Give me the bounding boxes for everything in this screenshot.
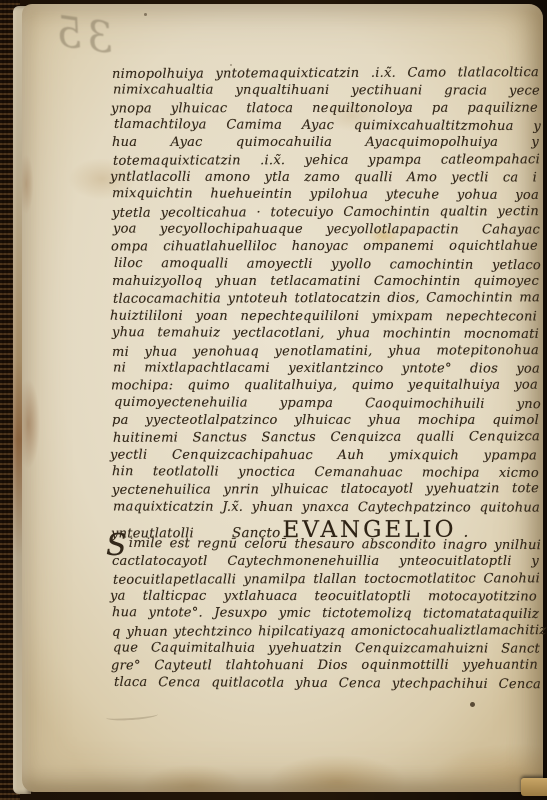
manuscript-line: mi yhua yenohuaq yenotlamatini, yhua mot… bbox=[112, 343, 539, 362]
manuscript-line: hin teotlatolli ynoctica Cemanahuac moch… bbox=[112, 464, 539, 483]
manuscript-line: teocuitlapetlacalli ynamilpa tlallan toc… bbox=[113, 571, 540, 590]
manuscript-page: 35 nimopolhuiya yntotemaquixticatzin .i.… bbox=[22, 4, 543, 792]
manuscript-line: mixquichtin huehueintin ypilohua ytecuhe… bbox=[112, 186, 539, 205]
manuscript-line: yectli Cenquizcachipahuac Auh ymixquich … bbox=[110, 447, 537, 465]
faint-scribble-mark bbox=[106, 710, 158, 722]
manuscript-photo: 35 nimopolhuiya yntotemaquixticatzin .i.… bbox=[0, 0, 547, 800]
manuscript-line: hua Ayac quimocahuilia Ayacquimopolhuiya… bbox=[112, 135, 539, 152]
evangelio-heading-line: ynteutlatolliSanctoEVANGELIO . bbox=[111, 517, 538, 538]
manuscript-line: ni mixtlapachtlacami yexitlantzinco ynto… bbox=[113, 360, 540, 378]
ink-speck bbox=[470, 702, 475, 707]
manuscript-line: quimoyectenehuilia ypampa Caoquimochihui… bbox=[114, 394, 541, 414]
manuscript-line: liloc amoqualli amoyectli yyollo camochi… bbox=[114, 256, 541, 276]
manuscript-line: ompa cihuatlahuelliloc hanoyac ompanemi … bbox=[111, 239, 538, 257]
folio-number-ghost: 35 bbox=[49, 6, 117, 63]
manuscript-line: tlacocamachitia yntoteuh totlatocatzin d… bbox=[113, 291, 540, 310]
manuscript-line: cactlatocayotl Caytechmonenehuillia ynte… bbox=[112, 554, 539, 571]
manuscript-line: Simile est regnū celorū thesauro abscond… bbox=[114, 536, 541, 556]
manuscript-line: yoa yecyollochipahuaque yecyollotlapapac… bbox=[113, 222, 540, 240]
manuscript-line: nimixcahualtia ynqualtihuani yectihuani … bbox=[113, 83, 540, 101]
manuscript-text-block: nimopolhuiya yntotemaquixticatzin .i.x̃.… bbox=[112, 66, 539, 693]
manuscript-line: tlaca Cenca quitlacotla yhua Cenca ytech… bbox=[114, 675, 541, 695]
manuscript-line: yhua temahuiz yectlacotlani, yhua mochin… bbox=[112, 325, 539, 344]
manuscript-line: ytetla yecolticahua · totecuiyo Camochin… bbox=[112, 204, 539, 223]
manuscript-line: huiztililoni yoan nepechtequililoni ymix… bbox=[110, 308, 537, 326]
manuscript-line: que Caquimitalhuia yyehuatzin Cenquizcam… bbox=[113, 640, 540, 658]
manuscript-line: gre° Cayteutl tlahtohuani Dios oquinmott… bbox=[111, 658, 538, 676]
underlying-page-edge bbox=[521, 778, 547, 796]
manuscript-line: yectenehuilica ynrin ylhuicac tlatocayot… bbox=[112, 481, 539, 500]
manuscript-line: mochipa: quimo qualitalhuiya, quimo yequ… bbox=[111, 378, 538, 396]
manuscript-line: ya tlalticpac yxtlahuaca teocuitlatoptli… bbox=[110, 589, 537, 607]
manuscript-line: hua yntote°. Jesuxpo ymic tictotemolizq … bbox=[112, 605, 539, 624]
manuscript-line: nimopolhuiya yntotemaquixticatzin .i.x̃.… bbox=[112, 65, 539, 84]
manuscript-line: maquixticatzin J.x̃. yhuan ynaxca Caytec… bbox=[113, 499, 540, 517]
ink-speck bbox=[230, 64, 232, 66]
manuscript-line: ynopa ylhuicac tlatoca nequiltonoloya pa… bbox=[111, 100, 538, 118]
manuscript-line: huitinemi Sanctus Sanctus Cenquizca qual… bbox=[113, 429, 540, 448]
manuscript-line: tlamachtiloya Camima Ayac quimixcahualti… bbox=[114, 117, 541, 137]
manuscript-line: q yhuan ytechtzinco hipilcatiyazq amonic… bbox=[112, 623, 539, 642]
ink-speck bbox=[144, 13, 147, 16]
manuscript-line: totemaquixticatzin .i.x̃. yehica ypampa … bbox=[113, 152, 540, 171]
manuscript-line: pa yyecteotlalpatzinco ylhuicac yhua moc… bbox=[112, 413, 539, 430]
manuscript-line: yntlatlacolli amono ytla zamo qualli Amo… bbox=[110, 170, 537, 188]
manuscript-line: mahuizyolloq yhuan tetlacamatini Camochi… bbox=[112, 274, 539, 291]
